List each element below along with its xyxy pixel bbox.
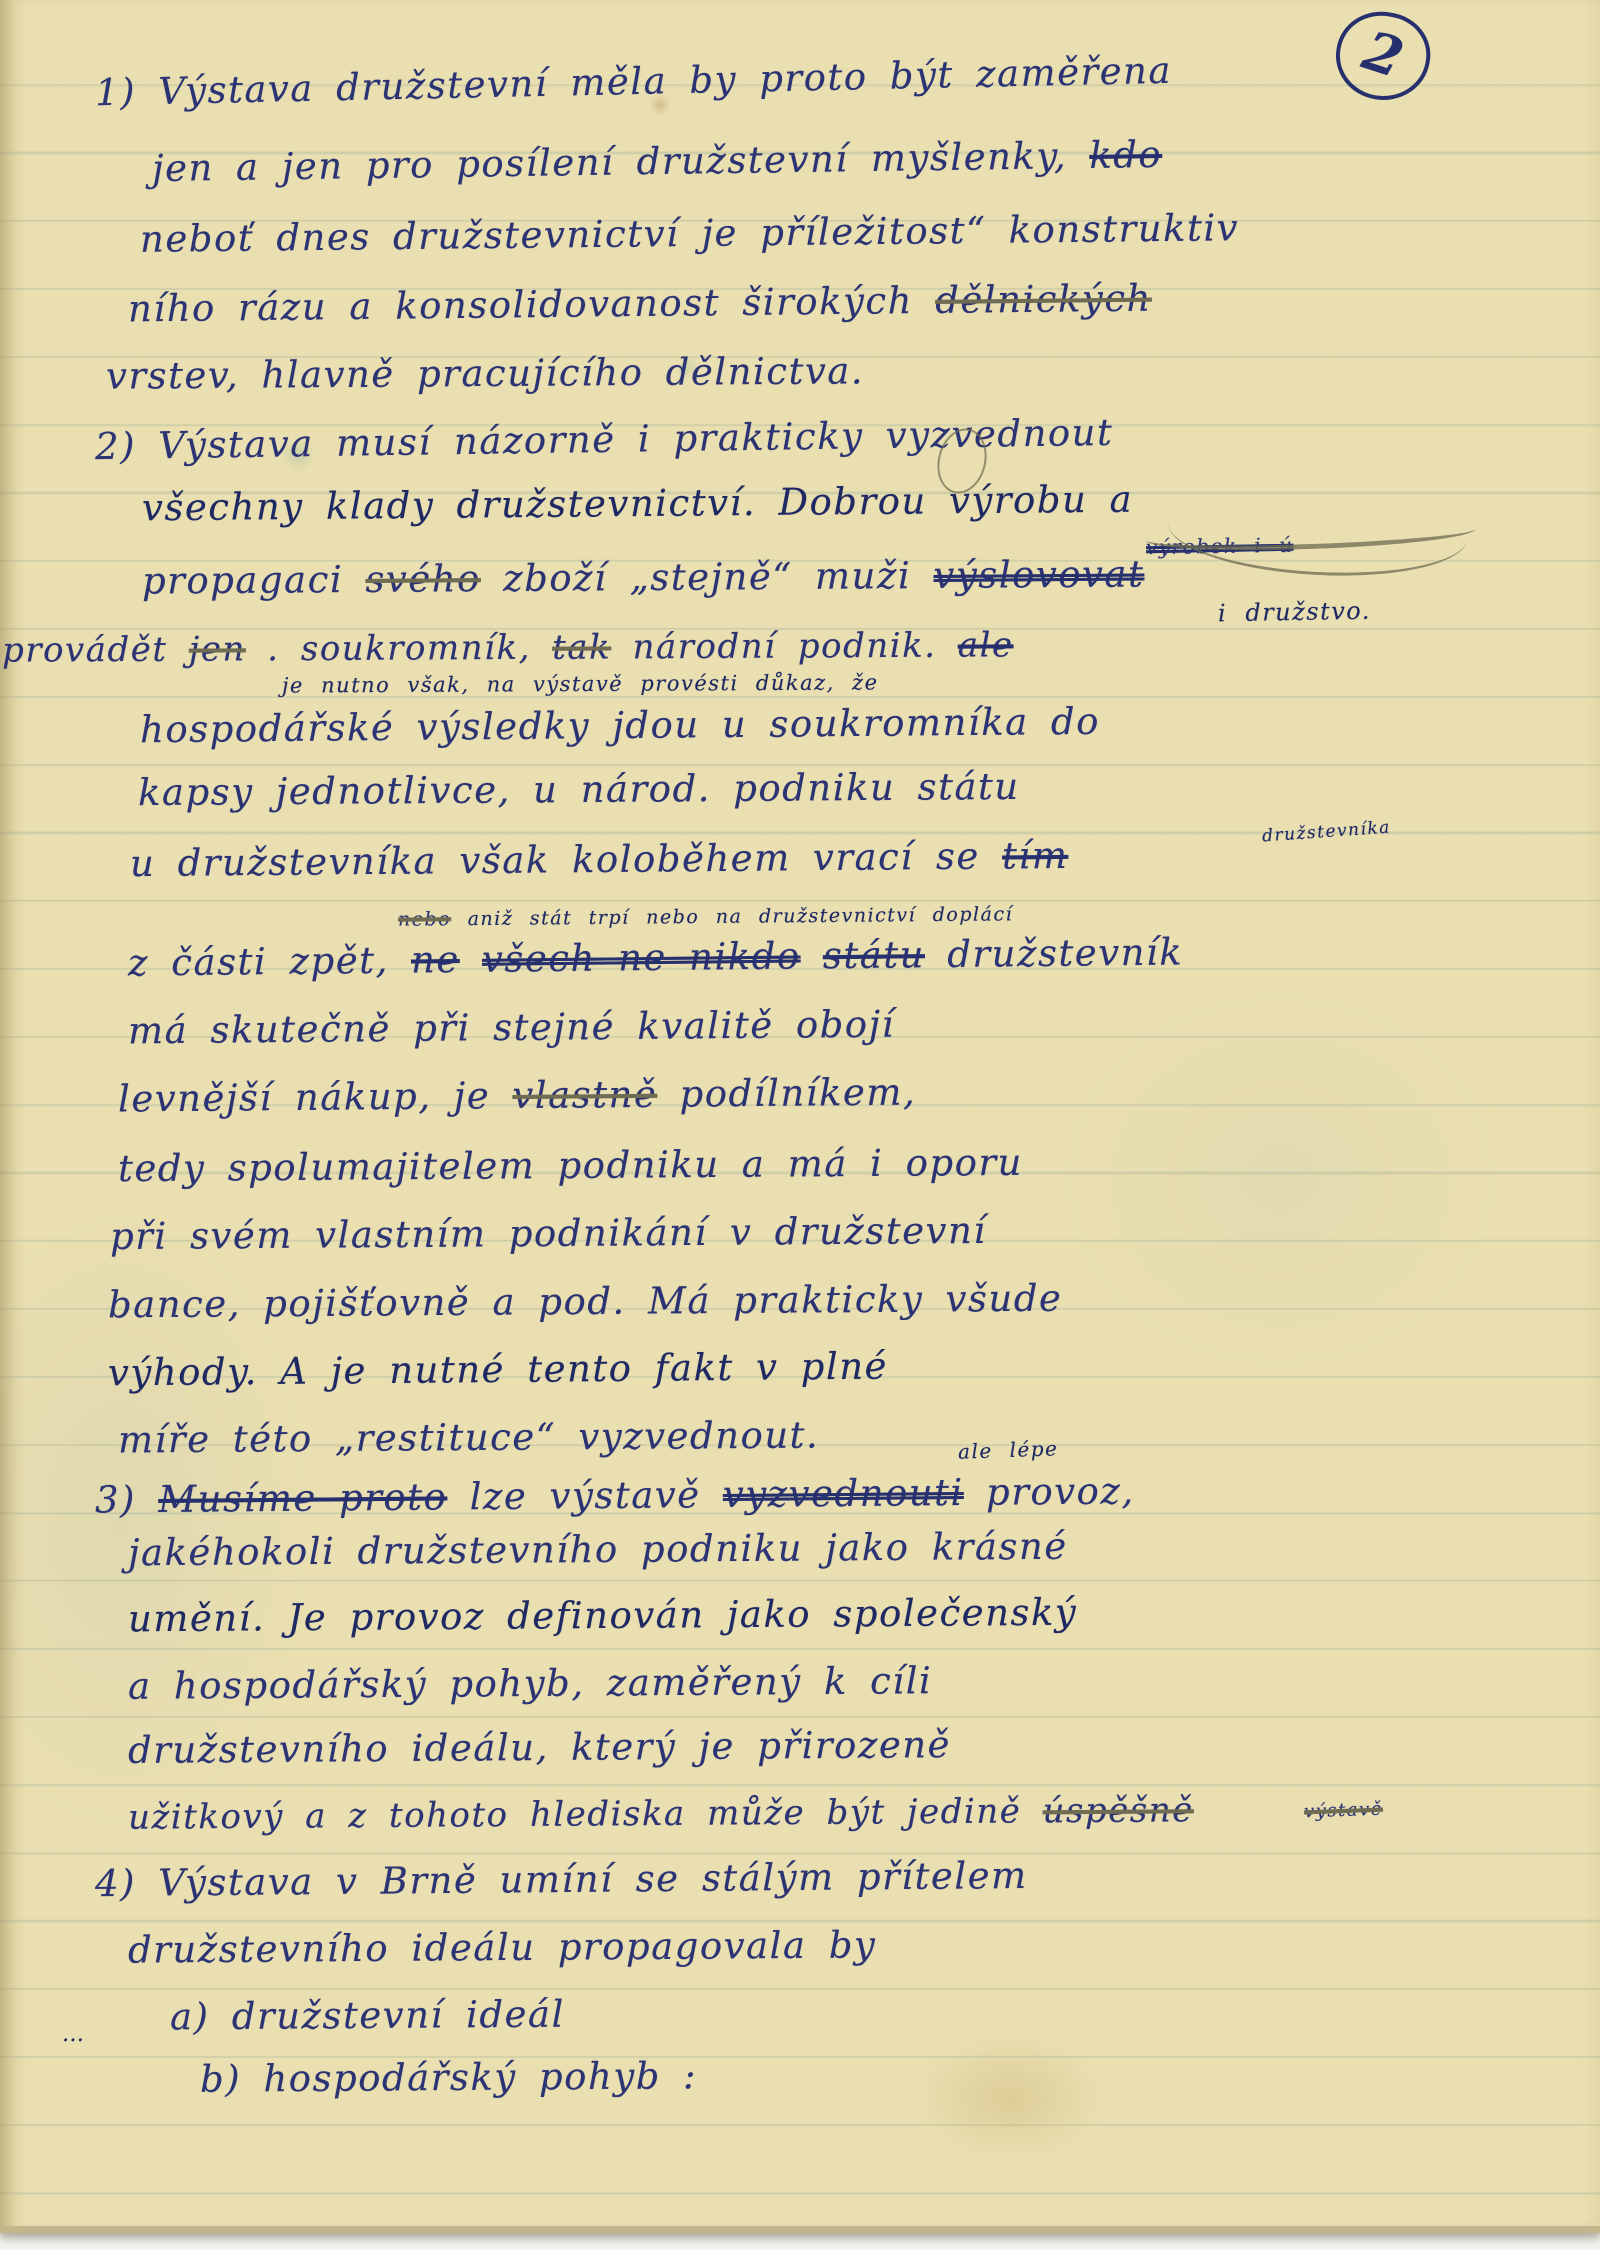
line-16: levnější nákup, je vlastně podílníkem, xyxy=(118,1071,917,1121)
handwritten-text: levnější nákup, je xyxy=(118,1074,513,1120)
struck-through-text: státu xyxy=(823,933,926,977)
line-11: hospodářské výsledky jdou u soukromníka … xyxy=(140,700,1100,751)
struck-through-text: vyzvednouti xyxy=(723,1471,964,1516)
handwritten-text: míře této „restituce“ vyzvednout. xyxy=(118,1414,820,1462)
handwritten-text: propagaci xyxy=(142,558,366,603)
line-25: a hospodářský pohyb, zaměřený k cíli xyxy=(128,1659,933,1708)
struck-through-text: jen xyxy=(189,629,246,669)
page-number: 2 xyxy=(1356,18,1412,90)
line-13: u družstevníka však koloběhem vrací se t… xyxy=(130,834,1069,885)
line-22: 3) Musíme proto lze výstavě vyzvednouti … xyxy=(95,1469,1135,1521)
line-26: družstevního ideálu, který je přirozeně xyxy=(128,1723,951,1772)
struck-through-text: tak xyxy=(552,627,611,667)
struck-through-text: tím xyxy=(1002,834,1069,878)
handwritten-text: podílníkem, xyxy=(657,1071,916,1116)
handwritten-text: provádět xyxy=(2,630,189,671)
handwritten-text: všechny klady družstevnictví. Dobrou výr… xyxy=(142,478,1133,530)
line-01: 1) Výstava družstevní měla by proto být … xyxy=(95,49,1173,115)
handwritten-text: u družstevníka však koloběhem vrací se xyxy=(130,834,1002,885)
handwritten-text: družstevního ideálu, který je přirozeně xyxy=(128,1723,951,1772)
struck-through-text: vlastně xyxy=(512,1073,657,1117)
scanned-manuscript: { "page": { "number": "2", "paper_color"… xyxy=(0,0,1600,2250)
handwritten-text: umění. Je provoz definován jako společen… xyxy=(128,1591,1078,1641)
handwritten-text: má skutečně při stejné kvalitě obojí xyxy=(128,1003,895,1053)
handwritten-text: 3) xyxy=(95,1478,159,1522)
line-30: a) družstevní ideál xyxy=(170,1993,565,2039)
line-14: z části zpět, ne všech ne nikdo státu dr… xyxy=(128,930,1184,984)
line-17: tedy spolumajitelem podniku a má i oporu xyxy=(118,1141,1023,1190)
margin-dots: … xyxy=(62,2022,86,2047)
handwritten-text: provoz, xyxy=(964,1469,1135,1513)
struck-through-text: ale xyxy=(958,625,1014,665)
line-10-insert: je nutno však, na výstavě provésti důkaz… xyxy=(282,670,879,697)
handwritten-text: tedy spolumajitelem podniku a má i oporu xyxy=(118,1141,1023,1190)
line-12: kapsy jednotlivce, u národ. podniku stát… xyxy=(138,765,1020,814)
handwritten-text: . soukromník, xyxy=(246,628,553,670)
handwritten-text: a) družstevní ideál xyxy=(170,1993,565,2039)
handwritten-text: lze výstavě xyxy=(447,1473,723,1518)
struck-through-text: kdo xyxy=(1089,133,1162,177)
line-08-note-b: i družstvo. xyxy=(1218,597,1371,628)
line-19: bance, pojišťovně a pod. Má prakticky vš… xyxy=(108,1277,1063,1327)
handwritten-text: jen a jen pro posílení družstevní myšlen… xyxy=(152,134,1090,190)
handwritten-text: zboží „stejně“ muži xyxy=(481,554,934,600)
struck-through-text: svého xyxy=(365,557,481,601)
handwritten-text: i družstvo. xyxy=(1218,597,1371,628)
handwritten-text: kapsy jednotlivce, u národ. podniku stát… xyxy=(138,765,1020,814)
handwritten-text: ního rázu a konsolidovanost širokých xyxy=(128,279,936,330)
handwritten-text: z části zpět, xyxy=(128,939,411,985)
line-03: neboť dnes družstevnictví je příležitost… xyxy=(140,206,1239,261)
struck-through-text: ne xyxy=(411,938,460,982)
line-14-insert: nebo aniž stát trpí nebo na družstevnict… xyxy=(398,903,1013,930)
handwritten-text: jakéhokoli družstevního podniku jako krá… xyxy=(128,1525,1068,1575)
line-09-margin: provádět jen . soukromník, tak národní p… xyxy=(2,625,1014,670)
manuscript-page: 2 1) Výstava družstevní měla by proto bý… xyxy=(0,0,1600,2233)
line-20: výhody. A je nutné tento fakt v plné xyxy=(108,1345,888,1395)
struck-through-text: výslovovat xyxy=(933,553,1144,597)
struck-through-text: Musíme proto xyxy=(158,1475,447,1521)
handwritten-text: ale lépe xyxy=(958,1436,1059,1463)
line-24: umění. Je provoz definován jako společen… xyxy=(128,1591,1078,1641)
handwritten-text: neboť dnes družstevnictví je příležitost… xyxy=(140,206,1239,261)
line-27: užitkový a z tohoto hlediska může být je… xyxy=(128,1790,1194,1837)
line-27-note: výstavě xyxy=(1304,1799,1384,1823)
line-05: vrstev, hlavně pracujícího dělnictva. xyxy=(106,349,864,397)
handwritten-text: 4) Výstava v Brně umíní se stálým přítel… xyxy=(95,1854,1028,1905)
line-31: b) hospodářský pohyb : xyxy=(200,2054,697,2100)
line-07: všechny klady družstevnictví. Dobrou výr… xyxy=(142,478,1133,530)
handwritten-text: b) hospodářský pohyb : xyxy=(200,2054,697,2100)
line-21: míře této „restituce“ vyzvednout. xyxy=(118,1414,820,1462)
handwritten-text: bance, pojišťovně a pod. Má prakticky vš… xyxy=(108,1277,1063,1327)
handwritten-text: družstevního ideálu propagovala by xyxy=(128,1923,877,1971)
page-number-circle: 2 xyxy=(1329,5,1437,108)
line-23: jakéhokoli družstevního podniku jako krá… xyxy=(128,1525,1068,1575)
handwritten-text: vrstev, hlavně pracujícího dělnictva. xyxy=(106,349,864,397)
struck-through-text: všech ne nikdo xyxy=(482,934,801,980)
handwritten-text: družstevníka xyxy=(1261,818,1391,847)
line-13-note: družstevníka xyxy=(1261,818,1391,847)
struck-through-text: dělnických xyxy=(935,277,1152,322)
handwritten-text xyxy=(800,934,823,977)
line-04: ního rázu a konsolidovanost širokých děl… xyxy=(128,277,1152,331)
handwritten-text: užitkový a z tohoto hlediska může být je… xyxy=(128,1791,1043,1837)
handwritten-text: a hospodářský pohyb, zaměřený k cíli xyxy=(128,1659,933,1708)
struck-through-text: úspěšně xyxy=(1042,1790,1193,1831)
handwritten-text: výhody. A je nutné tento fakt v plné xyxy=(108,1345,888,1395)
line-22-note: ale lépe xyxy=(958,1436,1059,1463)
handwritten-text xyxy=(459,938,482,981)
handwritten-text: aniž stát trpí nebo na družstevnictví do… xyxy=(451,903,1013,930)
line-02: jen a jen pro posílení družstevní myšlen… xyxy=(152,133,1163,190)
handwritten-text: … xyxy=(62,2022,86,2047)
handwritten-text: družstevník xyxy=(925,930,1184,976)
handwritten-text: hospodářské výsledky jdou u soukromníka … xyxy=(140,700,1100,751)
handwritten-text: národní podnik. xyxy=(611,626,958,668)
line-28: 4) Výstava v Brně umíní se stálým přítel… xyxy=(95,1854,1028,1905)
line-15: má skutečně při stejné kvalitě obojí xyxy=(128,1003,895,1053)
handwritten-text: je nutno však, na výstavě provésti důkaz… xyxy=(282,670,879,697)
line-29: družstevního ideálu propagovala by xyxy=(128,1923,877,1971)
line-18: při svém vlastním podnikání v družstevní xyxy=(110,1209,987,1258)
struck-through-text: nebo xyxy=(398,908,451,930)
struck-through-text: výstavě xyxy=(1304,1799,1384,1823)
handwritten-text: při svém vlastním podnikání v družstevní xyxy=(110,1209,987,1258)
handwritten-text: 1) Výstava družstevní měla by proto být … xyxy=(95,49,1173,115)
line-08: propagaci svého zboží „stejně“ muži výsl… xyxy=(142,553,1145,603)
